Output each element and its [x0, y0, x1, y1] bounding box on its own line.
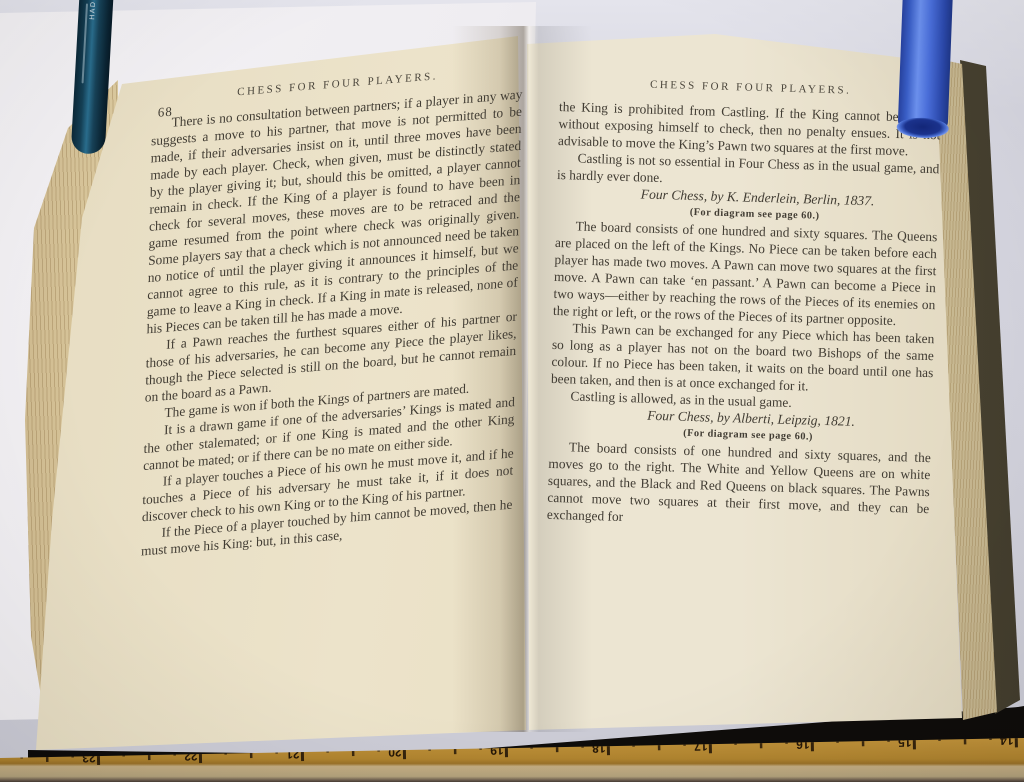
left-page-text: 68 CHESS FOR FOUR PLAYERS. There is no c… [141, 61, 523, 559]
ruler-number: 20 [382, 745, 408, 759]
ruler-number: 21 [280, 747, 306, 761]
ruler-number: 19 [484, 743, 510, 757]
left-page-number: 68 [158, 103, 173, 121]
pen-highlight [82, 3, 88, 83]
paragraph: The board consists of one hundred and si… [553, 217, 938, 330]
ruler-number: 22 [178, 749, 204, 763]
paragraph: This Pawn can be exchanged for any Piece… [551, 319, 935, 398]
pen-barrel-text: HADER [89, 0, 98, 20]
book-photo: 68 CHESS FOR FOUR PLAYERS. There is no c… [0, 0, 1024, 782]
right-page-text: CHESS FOR FOUR PLAYERS. 69 the King is p… [547, 74, 942, 534]
blue-marker-barrel [898, 0, 953, 131]
paragraph: There is no consultation between partner… [146, 85, 522, 337]
paragraph: The board consists of one hundred and si… [547, 438, 931, 534]
